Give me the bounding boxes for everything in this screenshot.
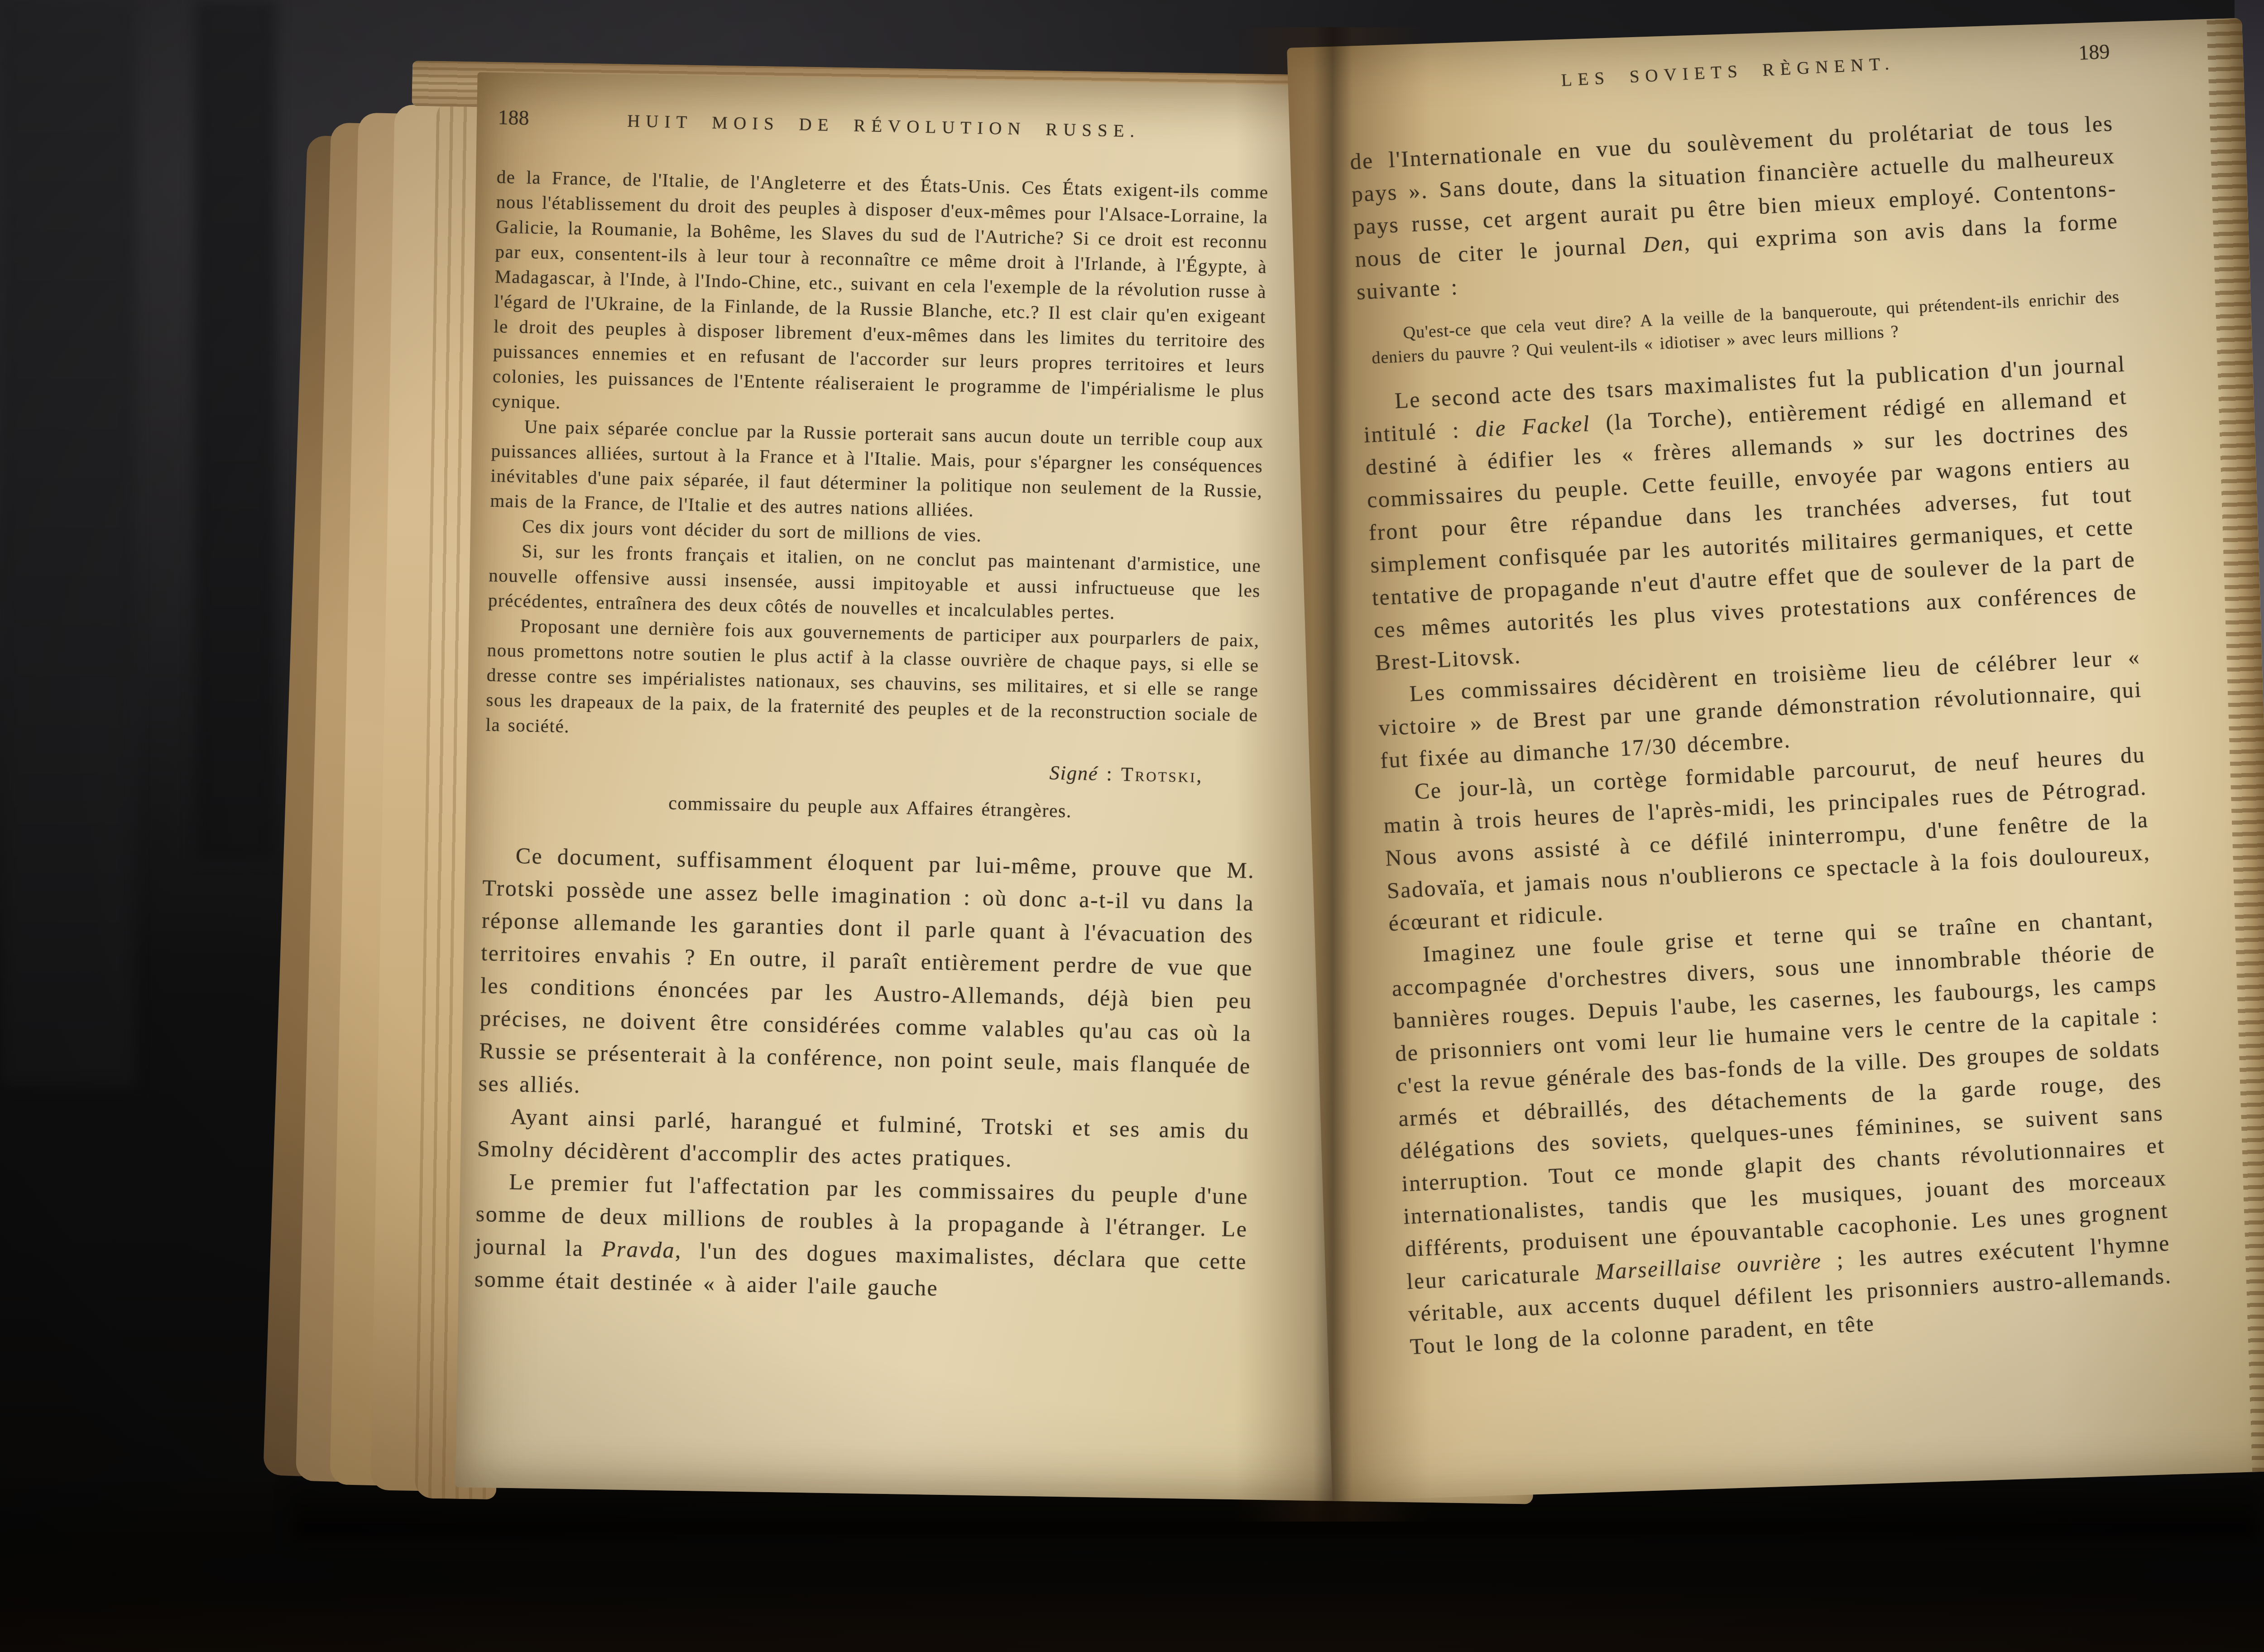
paragraph: Le second acte des tsars maximalistes fu…	[1361, 347, 2139, 679]
paragraph: Proposant une dernière fois aux gouverne…	[485, 613, 1260, 753]
text-run: Trotski	[1121, 763, 1197, 787]
photo-of-open-book: 188 HUIT MOIS DE RÉVOLUTION RUSSE. . de …	[0, 0, 2264, 1652]
text-run: Si, sur les fronts français et italien, …	[488, 540, 1262, 623]
text-run: Ayant ainsi parlé, harangué et fulminé, …	[477, 1104, 1250, 1172]
text-run: de la France, de l'Italie, de l'Angleter…	[492, 166, 1269, 413]
paragraph: Signé : Trotski,	[484, 749, 1257, 789]
page-number-189: 189	[2078, 39, 2111, 65]
paragraph: de l'Internationale en vue du soulèvemen…	[1349, 106, 2121, 308]
right-page-text: . LES SOVIETS RÈGNENT. 189 de l'Internat…	[1346, 39, 2174, 1363]
paragraph: Le premier fut l'affectation par les com…	[474, 1165, 1248, 1311]
left-page-text: 188 HUIT MOIS DE RÉVOLUTION RUSSE. . de …	[474, 105, 1270, 1311]
text-run: Proposant une dernière fois aux gouverne…	[485, 615, 1260, 736]
text-run: Une paix séparée conclue par la Russie p…	[490, 416, 1264, 520]
text-run: :	[1098, 763, 1121, 785]
text-run: ,	[1196, 764, 1203, 787]
text-run: die Fackel	[1475, 411, 1591, 442]
text-run: Pravda	[601, 1236, 675, 1263]
page-number-188: 188	[498, 105, 529, 130]
text-run: Marseillaise ouvrière	[1595, 1248, 1823, 1284]
open-book: 188 HUIT MOIS DE RÉVOLUTION RUSSE. . de …	[272, 27, 2264, 1535]
paragraph: Imaginez une foule grise et terne qui se…	[1389, 901, 2174, 1363]
text-run: commissaire du peuple aux Affaires étran…	[668, 793, 1072, 822]
left-page-body: de la France, de l'Italie, de l'Angleter…	[474, 164, 1269, 1311]
paragraph: Ce document, suffisamment éloquent par l…	[478, 839, 1255, 1115]
paragraph: Une paix séparée conclue par la Russie p…	[490, 413, 1264, 528]
right-page-body: de l'Internationale en vue du soulèvemen…	[1349, 106, 2174, 1363]
text-run: Ce document, suffisamment éloquent par l…	[478, 843, 1255, 1098]
paragraph: commissaire du peuple aux Affaires étran…	[484, 788, 1257, 828]
background-highlight-band	[0, 0, 136, 1087]
background-highlight-band	[195, 0, 276, 860]
paragraph: de la France, de l'Italie, de l'Angleter…	[492, 164, 1269, 429]
text-run: Den	[1642, 230, 1685, 258]
text-run: Signé	[1049, 762, 1098, 785]
